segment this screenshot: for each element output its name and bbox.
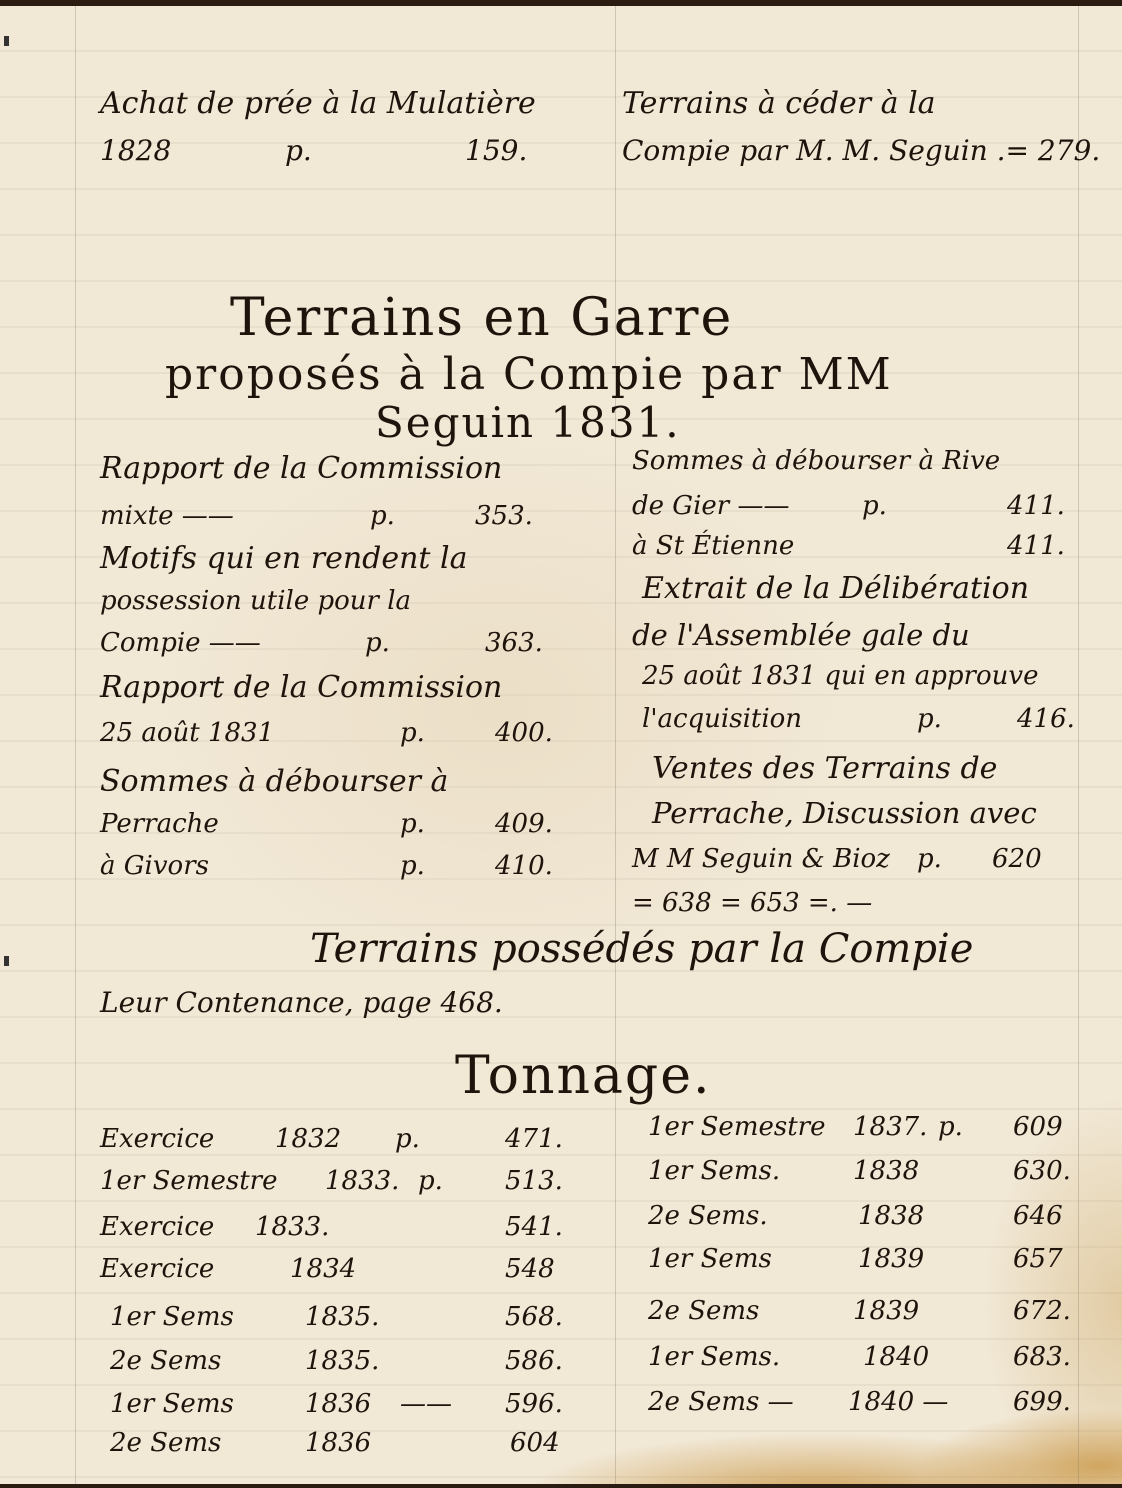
section-title-line2: proposés à la Compie par MM bbox=[165, 349, 893, 400]
center-rule bbox=[615, 6, 616, 1484]
tonnage-title: Tonnage. bbox=[455, 1046, 712, 1106]
right-margin-rule bbox=[1078, 6, 1079, 1484]
top-left-year: 1828 bbox=[100, 134, 171, 167]
top-right-line2-rest: par M. M. Seguin .= 279. bbox=[739, 134, 1100, 167]
binding-mark bbox=[4, 36, 9, 46]
compie-abbr: Compie bbox=[622, 134, 730, 167]
section-title-line3: Seguin 1831. bbox=[375, 398, 681, 447]
binding-mark bbox=[4, 956, 9, 966]
top-right-line2: Compie par M. M. Seguin .= 279. bbox=[622, 134, 1100, 167]
section-title-line1: Terrains en Garre bbox=[230, 288, 733, 348]
left-margin-rule bbox=[75, 6, 76, 1484]
top-left-page-ref: 159. bbox=[465, 134, 527, 167]
possessed-line: Leur Contenance, page 468. bbox=[100, 986, 503, 1019]
manuscript-page: Achat de prée à la Mulatière 1828 p. 159… bbox=[0, 6, 1122, 1484]
top-left-p: p. bbox=[285, 134, 312, 167]
top-right-line1: Terrains à céder à la bbox=[622, 86, 936, 121]
top-left-line1: Achat de prée à la Mulatière bbox=[100, 86, 536, 121]
possessed-title: Terrains possédés par la Compie bbox=[310, 926, 973, 972]
